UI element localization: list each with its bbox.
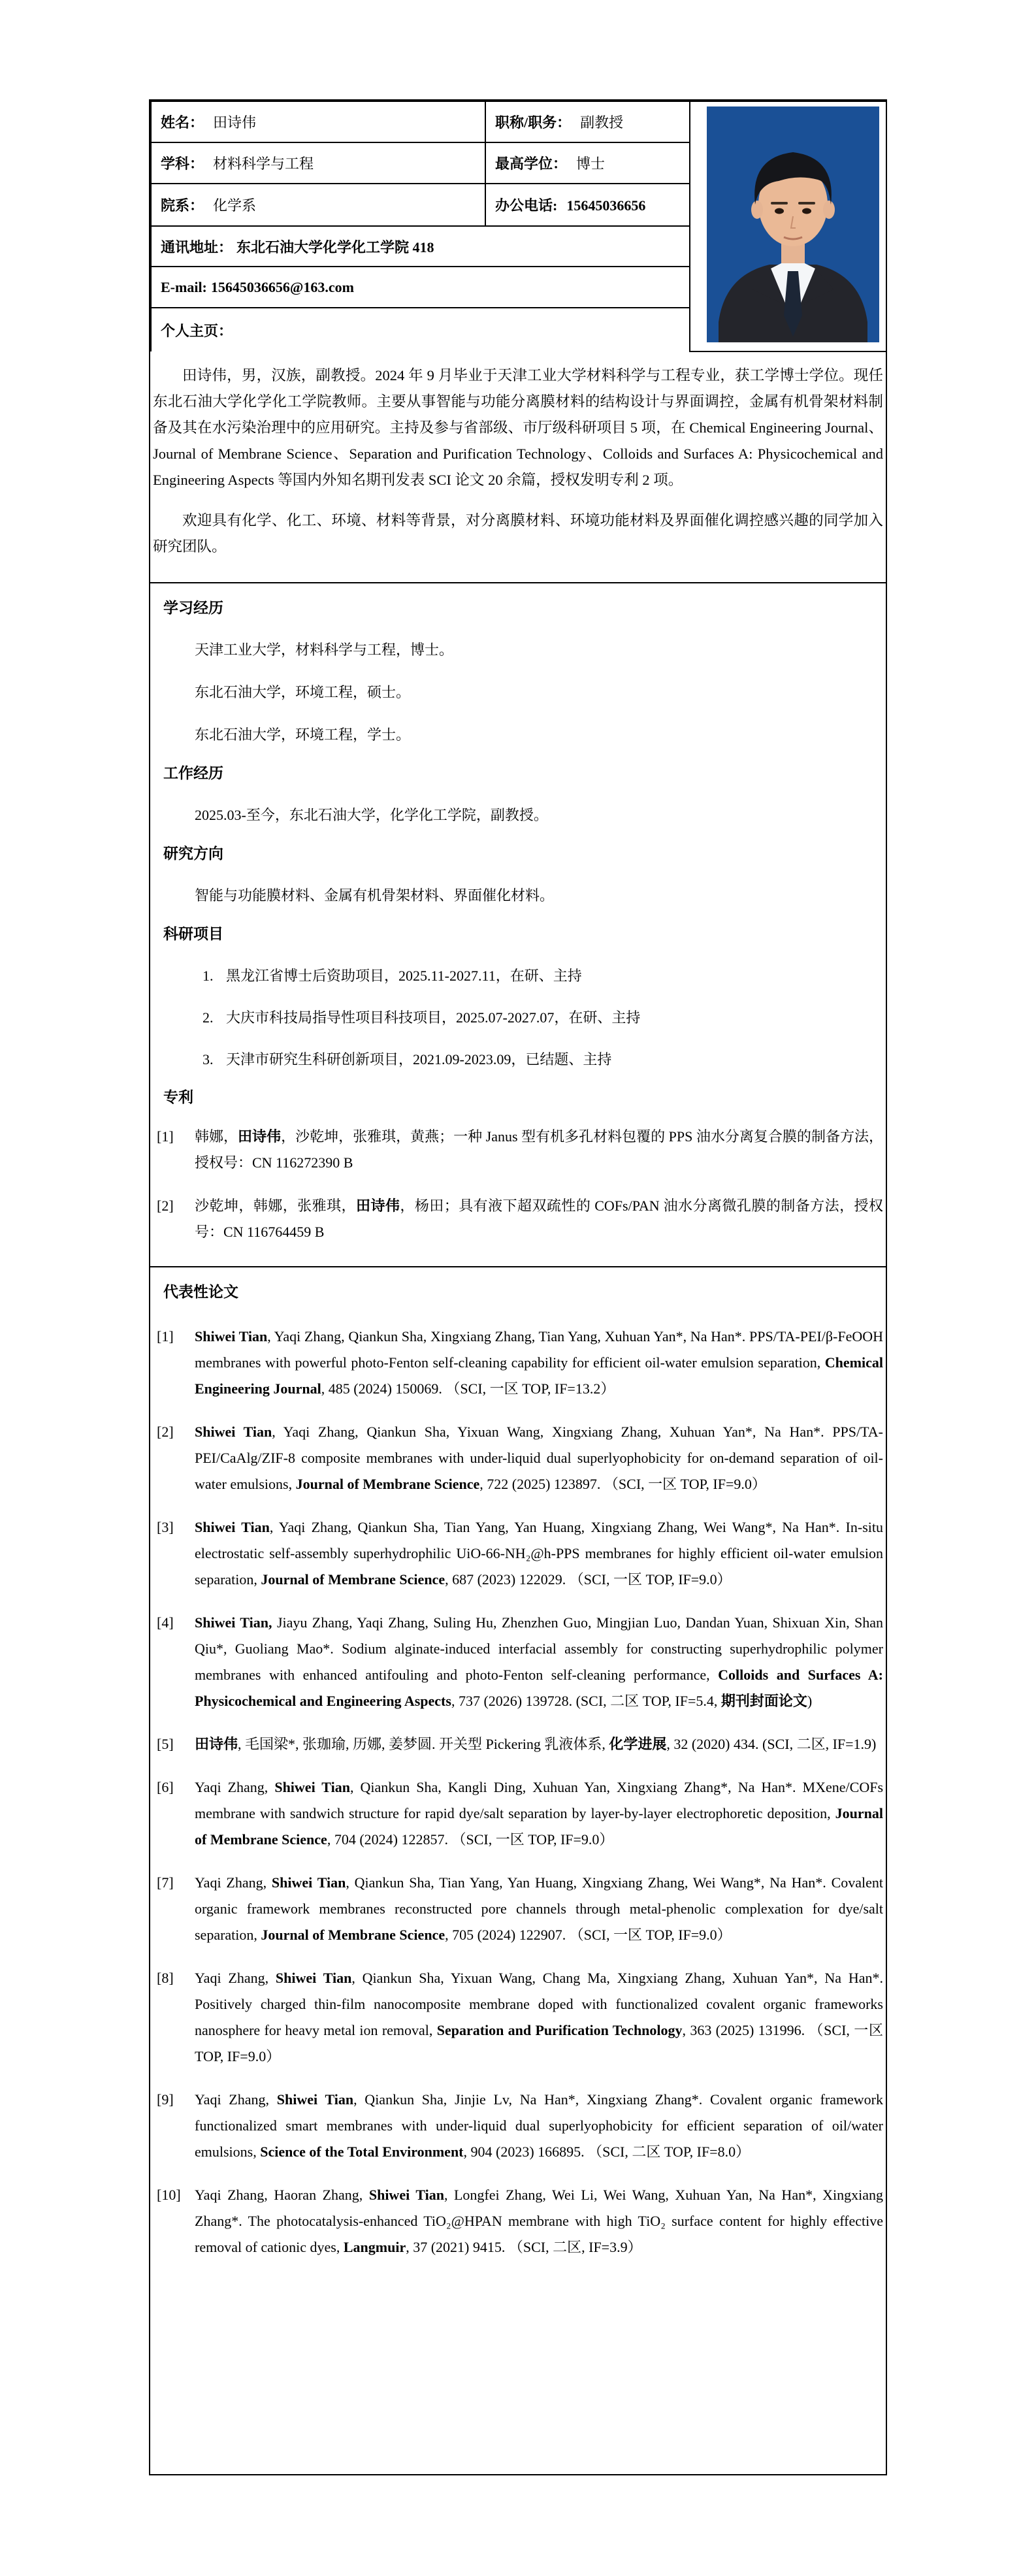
project-item: 2. 大庆市科技局指导性项目科技项目，2025.07-2027.07，在研、主持 xyxy=(153,1005,883,1031)
paper-item: [5] 田诗伟, 毛国梁*, 张珈瑜, 历娜, 姜梦圆. 开关型 Pickeri… xyxy=(153,1731,883,1757)
discipline-value: 材料科学与工程 xyxy=(204,155,314,172)
paper-item-marker: [8] xyxy=(157,1965,174,1991)
title-cell: 职称/职务：副教授 xyxy=(485,101,690,142)
patent-item-marker: [1] xyxy=(157,1124,174,1150)
education-list: 天津工业大学，材料科学与工程，博士。东北石油大学，环境工程，硕士。东北石油大学，… xyxy=(153,637,883,748)
paper-item-marker: [4] xyxy=(157,1610,174,1636)
title-value: 副教授 xyxy=(571,114,623,131)
paper-item-text: Yaqi Zhang, Shiwei Tian, Qiankun Sha, Ji… xyxy=(195,2091,883,2160)
email-value: 15645036656@163.com xyxy=(207,279,354,295)
homepage-value xyxy=(233,323,242,339)
paper-item: [6] Yaqi Zhang, Shiwei Tian, Qiankun Sha… xyxy=(153,1774,883,1853)
work-list: 2025.03-至今，东北石油大学，化学化工学院，副教授。 xyxy=(153,802,883,828)
patents-list: [1] 韩娜，田诗伟，沙乾坤，张雅琪，黄燕；一种 Janus 型有机多孔材料包覆… xyxy=(153,1124,883,1245)
discipline-label: 学科： xyxy=(161,155,204,172)
patent-item-text: 韩娜，田诗伟，沙乾坤，张雅琪，黄燕；一种 Janus 型有机多孔材料包覆的 PP… xyxy=(195,1128,883,1171)
degree-value: 博士 xyxy=(567,155,605,172)
paper-item-text: Yaqi Zhang, Haoran Zhang, Shiwei Tian, L… xyxy=(195,2187,883,2255)
research-direction-list: 智能与功能膜材料、金属有机骨架材料、界面催化材料。 xyxy=(153,883,883,909)
work-item: 2025.03-至今，东北石油大学，化学化工学院，副教授。 xyxy=(153,802,883,828)
biography-paragraph: 欢迎具有化学、化工、环境、材料等背景，对分离膜材料、环境功能材料及界面催化调控感… xyxy=(153,508,883,560)
personal-info-table: 姓名：田诗伟 职称/职务：副教授 xyxy=(150,101,887,352)
paper-item: [9] Yaqi Zhang, Shiwei Tian, Qiankun Sha… xyxy=(153,2087,883,2165)
email-label: E-mail: xyxy=(161,279,207,295)
paper-item-text: 田诗伟, 毛国梁*, 张珈瑜, 历娜, 姜梦圆. 开关型 Pickering 乳… xyxy=(195,1736,876,1752)
office-phone-label: 办公电话: xyxy=(495,197,557,214)
office-phone-value: 15645036656 xyxy=(557,197,645,214)
paper-item-marker: [10] xyxy=(157,2182,181,2208)
project-item-text: 天津市研究生科研创新项目，2021.09-2023.09，已结题、主持 xyxy=(226,1051,611,1068)
name-cell: 姓名：田诗伟 xyxy=(151,101,485,142)
paper-item-marker: [3] xyxy=(157,1514,174,1541)
project-item: 3. 天津市研究生科研创新项目，2021.09-2023.09，已结题、主持 xyxy=(153,1047,883,1073)
discipline-cell: 学科：材料科学与工程 xyxy=(151,142,485,184)
project-item-number: 3. xyxy=(202,1047,214,1073)
projects-heading: 科研项目 xyxy=(163,925,883,943)
experience-section: 学习经历 天津工业大学，材料科学与工程，博士。东北石油大学，环境工程，硕士。东北… xyxy=(150,582,886,1266)
department-label: 院系： xyxy=(161,197,204,214)
name-value: 田诗伟 xyxy=(204,114,256,131)
paper-item: [7] Yaqi Zhang, Shiwei Tian, Qiankun Sha… xyxy=(153,1870,883,1948)
address-label: 通讯地址： xyxy=(161,239,233,255)
paper-item-marker: [6] xyxy=(157,1774,174,1801)
paper-item-text: Yaqi Zhang, Shiwei Tian, Qiankun Sha, Ka… xyxy=(195,1779,883,1848)
biography-paragraph: 田诗伟，男，汉族，副教授。2024 年 9 月毕业于天津工业大学材料科学与工程专… xyxy=(153,363,883,493)
project-item-text: 大庆市科技局指导性项目科技项目，2025.07-2027.07，在研、主持 xyxy=(226,1009,640,1026)
project-item-number: 2. xyxy=(202,1005,214,1031)
papers-heading: 代表性论文 xyxy=(163,1283,883,1301)
education-heading: 学习经历 xyxy=(163,599,883,617)
paper-item-marker: [7] xyxy=(157,1870,174,1896)
patents-heading: 专利 xyxy=(163,1088,883,1107)
paper-item-marker: [5] xyxy=(157,1731,174,1757)
papers-section: 代表性论文 [1] Shiwei Tian, Yaqi Zhang, Qiank… xyxy=(150,1266,886,2281)
title-label: 职称/职务： xyxy=(495,114,571,131)
education-item: 东北石油大学，环境工程，学士。 xyxy=(153,722,883,748)
project-item: 1. 黑龙江省博士后资助项目，2025.11-2027.11，在研、主持 xyxy=(153,963,883,989)
research-direction-item: 智能与功能膜材料、金属有机骨架材料、界面催化材料。 xyxy=(153,883,883,909)
homepage-cell: 个人主页： xyxy=(151,308,690,351)
paper-item: [2] Shiwei Tian, Yaqi Zhang, Qiankun Sha… xyxy=(153,1419,883,1497)
paper-item: [8] Yaqi Zhang, Shiwei Tian, Qiankun Sha… xyxy=(153,1965,883,2070)
paper-item: [1] Shiwei Tian, Yaqi Zhang, Qiankun Sha… xyxy=(153,1324,883,1402)
paper-item: [4] Shiwei Tian, Jiayu Zhang, Yaqi Zhang… xyxy=(153,1610,883,1714)
paper-item-marker: [9] xyxy=(157,2087,174,2113)
paper-item: [3] Shiwei Tian, Yaqi Zhang, Qiankun Sha… xyxy=(153,1514,883,1593)
patent-item: [2] 沙乾坤，韩娜，张雅琪，田诗伟，杨田；具有液下超双疏性的 COFs/PAN… xyxy=(153,1193,883,1245)
patent-item-marker: [2] xyxy=(157,1193,174,1219)
degree-cell: 最高学位：博士 xyxy=(485,142,690,184)
paper-item-marker: [2] xyxy=(157,1419,174,1445)
paper-item-text: Shiwei Tian, Yaqi Zhang, Qiankun Sha, Ti… xyxy=(195,1519,883,1588)
paper-item-text: Shiwei Tian, Jiayu Zhang, Yaqi Zhang, Su… xyxy=(195,1614,883,1709)
department-value: 化学系 xyxy=(204,197,256,214)
degree-label: 最高学位： xyxy=(495,155,567,172)
department-cell: 院系：化学系 xyxy=(151,184,485,226)
papers-list: [1] Shiwei Tian, Yaqi Zhang, Qiankun Sha… xyxy=(153,1324,883,2260)
patent-item: [1] 韩娜，田诗伟，沙乾坤，张雅琪，黄燕；一种 Janus 型有机多孔材料包覆… xyxy=(153,1124,883,1176)
research-direction-heading: 研究方向 xyxy=(163,845,883,863)
homepage-label: 个人主页： xyxy=(161,323,233,339)
work-heading: 工作经历 xyxy=(163,764,883,783)
paper-item-text: Shiwei Tian, Yaqi Zhang, Qiankun Sha, Yi… xyxy=(195,1424,883,1492)
education-item: 东北石油大学，环境工程，硕士。 xyxy=(153,679,883,706)
paper-item: [10] Yaqi Zhang, Haoran Zhang, Shiwei Ti… xyxy=(153,2182,883,2260)
projects-list: 1. 黑龙江省博士后资助项目，2025.11-2027.11，在研、主持 2. … xyxy=(153,963,883,1073)
email-cell: E-mail:15645036656@163.com xyxy=(151,267,690,308)
paper-item-text: Yaqi Zhang, Shiwei Tian, Qiankun Sha, Yi… xyxy=(195,1970,883,2064)
paper-item-text: Yaqi Zhang, Shiwei Tian, Qiankun Sha, Ti… xyxy=(195,1874,883,1943)
paper-item-text: Shiwei Tian, Yaqi Zhang, Qiankun Sha, Xi… xyxy=(195,1328,883,1397)
patent-item-text: 沙乾坤，韩娜，张雅琪，田诗伟，杨田；具有液下超双疏性的 COFs/PAN 油水分… xyxy=(195,1198,883,1240)
name-label: 姓名： xyxy=(161,114,204,131)
paper-item-marker: [1] xyxy=(157,1324,174,1350)
education-item: 天津工业大学，材料科学与工程，博士。 xyxy=(153,637,883,663)
table-row: 姓名：田诗伟 职称/职务：副教授 xyxy=(151,101,886,142)
project-item-number: 1. xyxy=(202,963,214,989)
address-cell: 通讯地址：东北石油大学化学化工学院 418 xyxy=(151,226,690,267)
faculty-profile-document: 姓名：田诗伟 职称/职务：副教授 xyxy=(149,99,887,2475)
address-value: 东北石油大学化学化工学院 418 xyxy=(233,239,434,255)
portrait-photo-cell xyxy=(690,101,886,351)
project-item-text: 黑龙江省博士后资助项目，2025.11-2027.11，在研、主持 xyxy=(226,968,582,984)
biography-section: 田诗伟，男，汉族，副教授。2024 年 9 月毕业于天津工业大学材料科学与工程专… xyxy=(150,352,886,582)
portrait-photo xyxy=(707,106,879,342)
office-phone-cell: 办公电话:15645036656 xyxy=(485,184,690,226)
